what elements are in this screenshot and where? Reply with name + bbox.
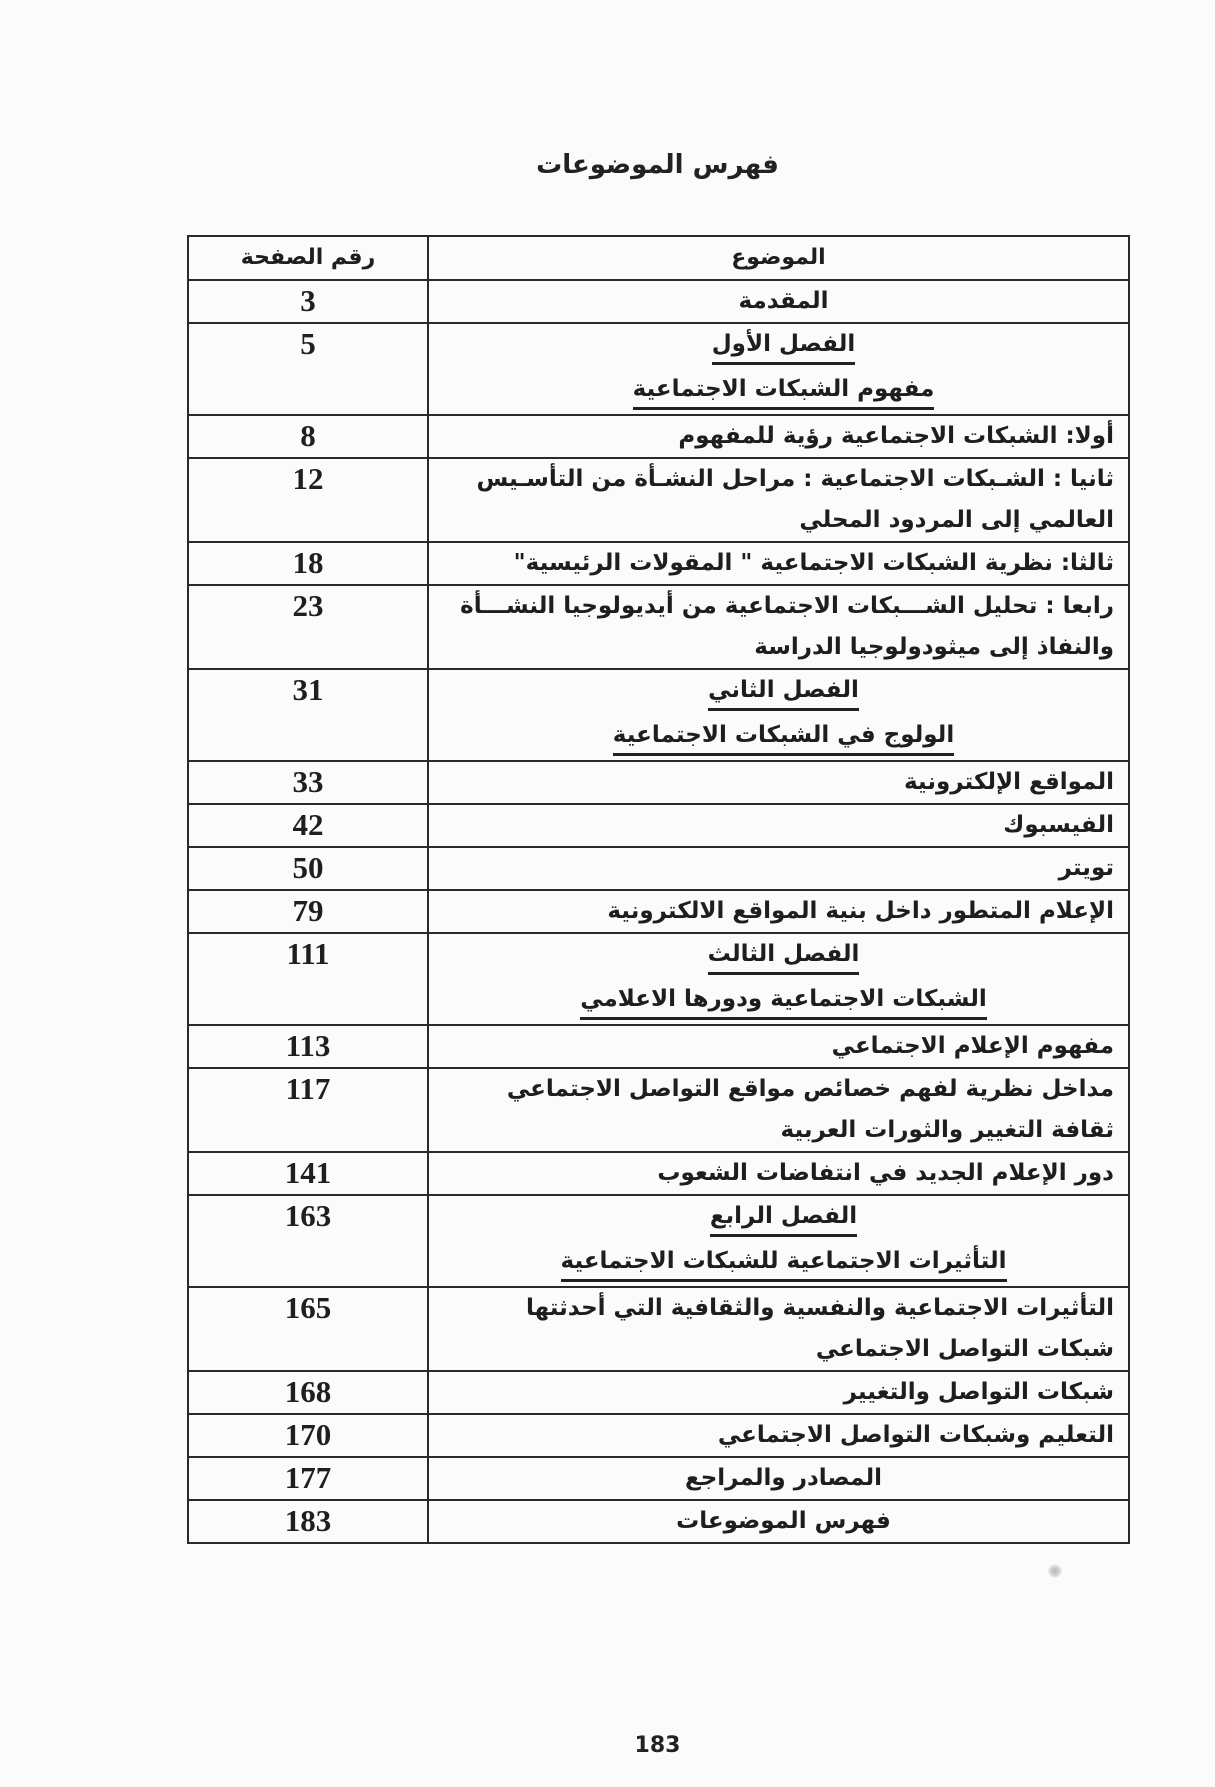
topic-text: التعليم وشبكات التواصل الاجتماعي bbox=[718, 1422, 1114, 1448]
topic-text: المقدمة bbox=[739, 288, 829, 314]
table-row: 177المصادر والمراجع bbox=[188, 1457, 1129, 1500]
topic-cell: المواقع الإلكترونية bbox=[428, 761, 1129, 804]
page-number-cell: 50 bbox=[188, 847, 428, 890]
topic-cell: الإعلام المتطور داخل بنية المواقع الالكت… bbox=[428, 890, 1129, 933]
table-row: 12ثانيا : الشـبكات الاجتماعية : مراحل ال… bbox=[188, 458, 1129, 542]
topic-cell: التأثيرات الاجتماعية والنفسية والثقافية … bbox=[428, 1287, 1129, 1371]
topic-text: رابعا : تحليل الشـــبكات الاجتماعية من أ… bbox=[460, 593, 1114, 619]
page-number-cell: 168 bbox=[188, 1371, 428, 1414]
page-number-cell: 3 bbox=[188, 280, 428, 323]
topic-text: تويتر bbox=[1059, 855, 1114, 881]
chapter-title: مفهوم الشبكات الاجتماعية bbox=[633, 371, 935, 410]
page-number-cell: 8 bbox=[188, 415, 428, 458]
table-row: 141دور الإعلام الجديد في انتفاضات الشعوب bbox=[188, 1152, 1129, 1195]
topic-cell: أولا: الشبكات الاجتماعية رؤية للمفهوم bbox=[428, 415, 1129, 458]
topic-text: مداخل نظرية لفهم خصائص مواقع التواصل الا… bbox=[507, 1076, 1114, 1102]
page-number-cell: 113 bbox=[188, 1025, 428, 1068]
table-row: 18ثالثا: نظرية الشبكات الاجتماعية " المق… bbox=[188, 542, 1129, 585]
table-header-row: رقم الصفحة الموضوع bbox=[188, 236, 1129, 280]
table-of-contents: رقم الصفحة الموضوع 3المقدمة5الفصل الأولم… bbox=[187, 235, 1130, 1544]
table-row: 113مفهوم الإعلام الاجتماعي bbox=[188, 1025, 1129, 1068]
chapter-number: الفصل الثالث bbox=[708, 936, 860, 975]
topic-cell: الفصل الثانيالولوج في الشبكات الاجتماعية bbox=[428, 669, 1129, 761]
table-row: 165التأثيرات الاجتماعية والنفسية والثقاف… bbox=[188, 1287, 1129, 1371]
topic-cell: فهرس الموضوعات bbox=[428, 1500, 1129, 1543]
topic-text: مفهوم الإعلام الاجتماعي bbox=[832, 1033, 1114, 1059]
topic-cell: المصادر والمراجع bbox=[428, 1457, 1129, 1500]
topic-cell: ثالثا: نظرية الشبكات الاجتماعية " المقول… bbox=[428, 542, 1129, 585]
topic-text: أولا: الشبكات الاجتماعية رؤية للمفهوم bbox=[678, 423, 1114, 449]
page-number-cell: 12 bbox=[188, 458, 428, 542]
topic-text: العالمي إلى المردود المحلي bbox=[799, 507, 1114, 533]
topic-text: ثانيا : الشـبكات الاجتماعية : مراحل النش… bbox=[476, 466, 1114, 492]
page-number-cell: 165 bbox=[188, 1287, 428, 1371]
topic-text: الفيسبوك bbox=[1003, 812, 1114, 838]
topic-text: الإعلام المتطور داخل بنية المواقع الالكت… bbox=[607, 898, 1114, 924]
table-row: 33المواقع الإلكترونية bbox=[188, 761, 1129, 804]
topic-cell: الفيسبوك bbox=[428, 804, 1129, 847]
table-row: 168شبكات التواصل والتغيير bbox=[188, 1371, 1129, 1414]
topic-text: المواقع الإلكترونية bbox=[904, 769, 1114, 795]
topic-text: التأثيرات الاجتماعية والنفسية والثقافية … bbox=[526, 1295, 1114, 1321]
chapter-title: الشبكات الاجتماعية ودورها الاعلامي bbox=[580, 981, 986, 1020]
topic-text: فهرس الموضوعات bbox=[676, 1508, 891, 1534]
table-row: 8أولا: الشبكات الاجتماعية رؤية للمفهوم bbox=[188, 415, 1129, 458]
table-row: 170التعليم وشبكات التواصل الاجتماعي bbox=[188, 1414, 1129, 1457]
chapter-row: 5الفصل الأولمفهوم الشبكات الاجتماعية bbox=[188, 323, 1129, 415]
topic-text: شبكات التواصل الاجتماعي bbox=[816, 1336, 1114, 1362]
table-row: 50تويتر bbox=[188, 847, 1129, 890]
chapter-number: الفصل الرابع bbox=[710, 1198, 857, 1237]
table-row: 42الفيسبوك bbox=[188, 804, 1129, 847]
header-page-number: رقم الصفحة bbox=[188, 236, 428, 280]
page-number-cell: 177 bbox=[188, 1457, 428, 1500]
page-number-cell: 170 bbox=[188, 1414, 428, 1457]
chapter-row: 163الفصل الرابعالتأثيرات الاجتماعية للشب… bbox=[188, 1195, 1129, 1287]
page-number-cell: 5 bbox=[188, 323, 428, 415]
topic-cell: الفصل الرابعالتأثيرات الاجتماعية للشبكات… bbox=[428, 1195, 1129, 1287]
table-row: 23رابعا : تحليل الشـــبكات الاجتماعية من… bbox=[188, 585, 1129, 669]
page-number-cell: 111 bbox=[188, 933, 428, 1025]
topic-text: دور الإعلام الجديد في انتفاضات الشعوب bbox=[657, 1160, 1114, 1186]
page-number-cell: 23 bbox=[188, 585, 428, 669]
topic-cell: مفهوم الإعلام الاجتماعي bbox=[428, 1025, 1129, 1068]
page-number-cell: 42 bbox=[188, 804, 428, 847]
topic-cell: التعليم وشبكات التواصل الاجتماعي bbox=[428, 1414, 1129, 1457]
topic-cell: مداخل نظرية لفهم خصائص مواقع التواصل الا… bbox=[428, 1068, 1129, 1152]
page-number-cell: 183 bbox=[188, 1500, 428, 1543]
page-number-cell: 141 bbox=[188, 1152, 428, 1195]
page-number-cell: 79 bbox=[188, 890, 428, 933]
chapter-number: الفصل الثاني bbox=[708, 672, 859, 711]
topic-cell: رابعا : تحليل الشـــبكات الاجتماعية من أ… bbox=[428, 585, 1129, 669]
topic-cell: الفصل الأولمفهوم الشبكات الاجتماعية bbox=[428, 323, 1129, 415]
topic-text: شبكات التواصل والتغيير bbox=[844, 1379, 1114, 1405]
table-row: 183فهرس الموضوعات bbox=[188, 1500, 1129, 1543]
page-number-cell: 163 bbox=[188, 1195, 428, 1287]
chapter-title: التأثيرات الاجتماعية للشبكات الاجتماعية bbox=[561, 1243, 1007, 1282]
topic-text: ثقافة التغيير والثورات العربية bbox=[781, 1117, 1114, 1143]
footer-page-number: 183 bbox=[0, 1733, 1215, 1758]
chapter-row: 111الفصل الثالثالشبكات الاجتماعية ودورها… bbox=[188, 933, 1129, 1025]
chapter-number: الفصل الأول bbox=[712, 326, 856, 365]
page-number-cell: 117 bbox=[188, 1068, 428, 1152]
topic-text: المصادر والمراجع bbox=[685, 1465, 882, 1491]
table-row: 79الإعلام المتطور داخل بنية المواقع الال… bbox=[188, 890, 1129, 933]
scan-smudge bbox=[1048, 1564, 1062, 1578]
topic-text: ثالثا: نظرية الشبكات الاجتماعية " المقول… bbox=[514, 550, 1114, 576]
page-number-cell: 33 bbox=[188, 761, 428, 804]
topic-cell: المقدمة bbox=[428, 280, 1129, 323]
table-row: 3المقدمة bbox=[188, 280, 1129, 323]
topic-cell: الفصل الثالثالشبكات الاجتماعية ودورها ال… bbox=[428, 933, 1129, 1025]
table-row: 117مداخل نظرية لفهم خصائص مواقع التواصل … bbox=[188, 1068, 1129, 1152]
page-title: فهرس الموضوعات bbox=[0, 150, 1215, 180]
topic-cell: تويتر bbox=[428, 847, 1129, 890]
page-number-cell: 18 bbox=[188, 542, 428, 585]
header-topic: الموضوع bbox=[428, 236, 1129, 280]
topic-cell: شبكات التواصل والتغيير bbox=[428, 1371, 1129, 1414]
topic-cell: ثانيا : الشـبكات الاجتماعية : مراحل النش… bbox=[428, 458, 1129, 542]
chapter-row: 31الفصل الثانيالولوج في الشبكات الاجتماع… bbox=[188, 669, 1129, 761]
topic-cell: دور الإعلام الجديد في انتفاضات الشعوب bbox=[428, 1152, 1129, 1195]
page-number-cell: 31 bbox=[188, 669, 428, 761]
topic-text: والنفاذ إلى ميثودولوجيا الدراسة bbox=[754, 634, 1114, 660]
chapter-title: الولوج في الشبكات الاجتماعية bbox=[613, 717, 954, 756]
